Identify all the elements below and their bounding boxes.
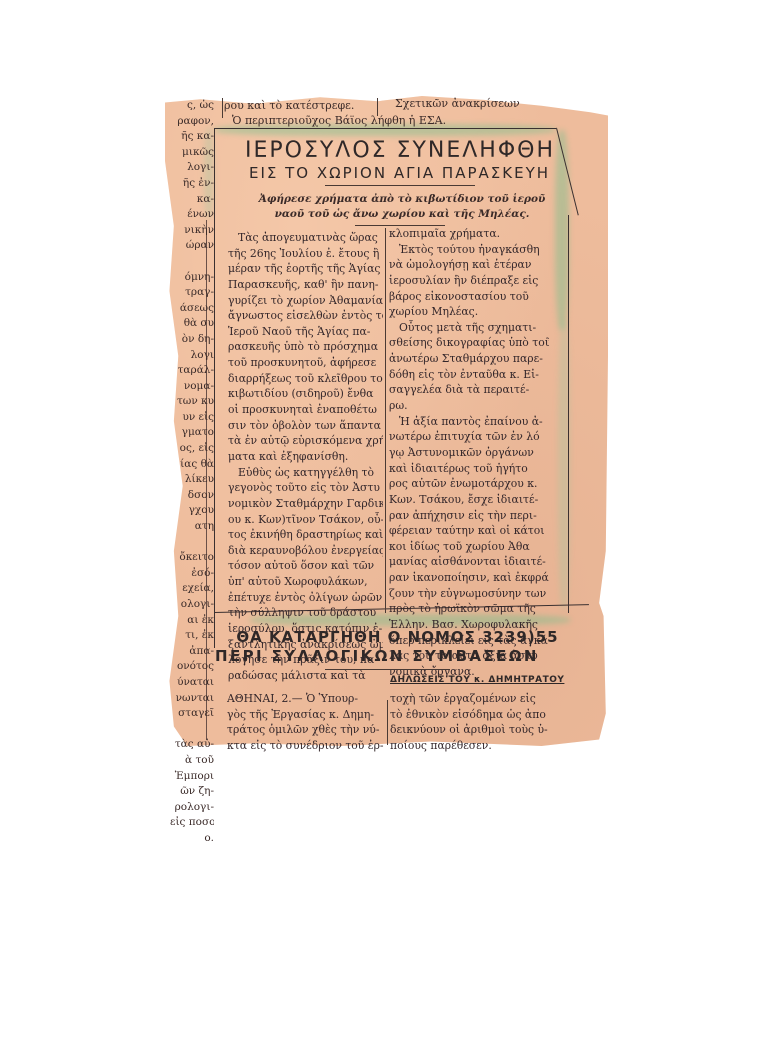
fragment-top-left-2: Ὁ περιπτεριοῦχος Βάϊος λήφθη ἡ ΕΣΑ. (232, 114, 446, 127)
text-line: τὰ ἐν αὐτῷ εὑρισκόμενα χρή (228, 433, 383, 449)
text-line: Ἐμπορι (170, 769, 214, 785)
text-line: φέρειαν ταύτην καὶ οἱ κάτοι (389, 523, 549, 539)
text-line: ἄγνωστος εἰσελθὼν ἐντὸς τοῦ (228, 308, 383, 324)
text-line: θὰ συ (170, 316, 214, 332)
text-line: μανίας αἰσθάνονται ἰδιαιτέ- (389, 554, 549, 570)
text-line: Ἱεροῦ Ναοῦ τῆς Ἁγίας πα- (228, 324, 383, 340)
text-line: ὑπ' αὐτοῦ Χωροφυλάκων, (228, 574, 383, 590)
text-line: ρω. (389, 398, 549, 414)
text-line: διαρρήξεως τοῦ κλεῖθρου τοῦ (228, 371, 383, 387)
text-line: υν εἰς (170, 410, 214, 426)
text-line: λογι- (170, 160, 214, 176)
text-line: τόσον αὐτοῦ ὅσον καὶ τῶν (228, 558, 383, 574)
text-line: γεγονὸς τοῦτο εἰς τὸν Ἀστυ (228, 480, 383, 496)
text-line: των κυ (170, 394, 214, 410)
text-line: εχεία, (170, 581, 214, 597)
text-line: ύναται (170, 675, 214, 691)
subheadline-line1: Ἀφήρεσε χρήματα ἀπὸ τὸ κιβωτίδιον τοῦ ἱε… (232, 192, 572, 207)
text-line: καὶ ἰδιαιτέρως τοῦ ἡγήτο (389, 461, 549, 477)
text-line: Εὐθὺς ὡς κατηγγέλθη τὸ (228, 465, 383, 481)
column-rule-left-top (222, 98, 223, 118)
text-line: γματο (170, 425, 214, 441)
text-line: δσον (170, 488, 214, 504)
text-line: γὸς τῆς Ἐργασίας κ. Δημη- (227, 707, 385, 723)
text-line: ραν ἱκανοποίησιν, καὶ ἐκφρά (389, 570, 549, 586)
text-line: διὰ κεραυνοβόλου ἐνεργείας, (228, 543, 383, 559)
pen-outline-top (214, 128, 556, 129)
text-line: ἐπέτυχε ἐντὸς ὀλίγων ὡρῶν (228, 590, 383, 606)
text-line: γυρίζει τὸ χωρίον Ἀθαμανία, (228, 293, 383, 309)
text-line (170, 254, 214, 270)
text-line: λογι (170, 348, 214, 364)
article2-column1: ΑΘΗΝΑΙ, 2.— Ὁ Ὑπουρ-γὸς τῆς Ἐργασίας κ. … (227, 691, 385, 753)
article1-headline-line2: ΕΙΣ ΤΟ ΧΩΡΙΟΝ ΑΓΙΑ ΠΑΡΑΣΚΕΥΗ (222, 164, 577, 182)
text-line: ατη (170, 519, 214, 535)
text-line: τῆς 26ης Ἰουλίου ἐ. ἔτους ἢ (228, 246, 383, 262)
text-line: κιβωτιδίου (σιδηροῦ) ἔνθα (228, 386, 383, 402)
text-line: τὸ ἐθνικὸν εἰσόδημα ὡς ἀπο (390, 707, 555, 723)
text-line: ζουν τὴν εὐγνωμοσύνην των (389, 586, 549, 602)
article1-subheadline: Ἀφήρεσε χρήματα ἀπὸ τὸ κιβωτίδιον τοῦ ἱε… (232, 192, 572, 222)
text-line: ίας θὰ (170, 457, 214, 473)
text-line: ρασκευῆς ὑπὸ τὸ πρόσχημα (228, 339, 383, 355)
text-line: χωρίου Μηλέας. (389, 304, 549, 320)
text-line: εἰς ποσο (170, 815, 214, 831)
text-line: ἀνωτέρω Σταθμάρχου παρε- (389, 351, 549, 367)
fragment-top-right: Σχετικῶν ἀνακρίσεων (395, 97, 520, 110)
article1-column2: κλοπιμαῖα χρήματα.Ἐκτὸς τούτου ἠναγκάσθη… (389, 226, 549, 680)
text-line: Ἡ ἀξία παντὸς ἐπαίνου ἀ- (389, 414, 549, 430)
left-margin-fragments: ς, ὡςραφον,ῆς κα-μικῶςλογι-ῆς ἐν-κα-ένων… (170, 98, 214, 847)
text-line: ραδώσας μάλιστα καὶ τὰ (228, 668, 383, 684)
pen-outline-left (214, 128, 215, 648)
text-line: οἱ προσκυνηταὶ ἐναποθέτω (228, 402, 383, 418)
text-line: ολογι- (170, 597, 214, 613)
text-line: νωτέρω ἐπιτυχία τῶν ἐν λό (389, 429, 549, 445)
text-line: τὴν σύλληψιν τοῦ δράστου (228, 605, 383, 621)
text-line: γῳ Ἀστυνομικῶν ὀργάνων (389, 445, 549, 461)
text-line: νομα- (170, 379, 214, 395)
text-line: ῆς ἐν- (170, 176, 214, 192)
text-line: νομικὸν Σταθμάρχην Γαρδικί (228, 496, 383, 512)
text-line: ο. (170, 831, 214, 847)
text-line: κα- (170, 192, 214, 208)
text-line: αι ἐκ (170, 613, 214, 629)
text-line: ς, ὡς (170, 98, 214, 114)
text-line: κτα εἰς τὸ συνέδριον τοῦ ἐρ- (227, 738, 385, 754)
text-line: ῶν ζη- (170, 784, 214, 800)
article1-column1: Τὰς ἀπογευματινὰς ὥραςτῆς 26ης Ἰουλίου ἐ… (228, 230, 383, 684)
text-line: Ἐκτὸς τούτου ἠναγκάσθη (389, 242, 549, 258)
text-line: τοῦ προσκυνητοῦ, ἀφήρεσε (228, 355, 383, 371)
text-line: ονότος (170, 659, 214, 675)
text-line: τος ἐκινήθη δραστηρίως καὶ (228, 527, 383, 543)
text-line: ματα καὶ ἐξηφανίσθη. (228, 449, 383, 465)
text-line: άσεως (170, 301, 214, 317)
text-line: όμνη- (170, 270, 214, 286)
text-line: ῆς κα- (170, 129, 214, 145)
text-line (170, 535, 214, 551)
text-line: νικὴν (170, 223, 214, 239)
article2-byline: ΔΗΛΩΣΕΙΣ ΤΟΥ κ. ΔΗΜΗΤΡΑΤΟΥ (390, 675, 564, 685)
article2-headline-line1: ΘΑ ΚΑΤΑΡΓΗΘΗ Ο ΝΟΜΟΣ 3239)55 (215, 628, 580, 646)
article2-headline: ΘΑ ΚΑΤΑΡΓΗΘΗ Ο ΝΟΜΟΣ 3239)55 ΠΕΡΙ ΣΥΛΛΟΓ… (215, 628, 580, 665)
text-line: ου κ. Κων)τῖνον Τσάκον, οὗ- (228, 512, 383, 528)
text-line: μέραν τῆς ἑορτῆς τῆς Ἁγίας (228, 261, 383, 277)
article2-rule (325, 669, 450, 670)
text-line: ώραν (170, 238, 214, 254)
text-line: μικῶς (170, 145, 214, 161)
text-line: Παρασκευῆς, καθ' ἣν πανη- (228, 277, 383, 293)
text-line: ἱεροσυλίαν ἣν διέπραξε εἰς (389, 273, 549, 289)
text-line: ρος αὐτῶν ἐνωμοτάρχου κ. (389, 476, 549, 492)
text-line: ἀπα- (170, 644, 214, 660)
text-line: Οὗτος μετὰ τῆς σχηματι- (389, 320, 549, 336)
subheadline-line2: ναοῦ τοῦ ὡς ἄνω χωρίου καὶ τῆς Μηλέας. (232, 207, 572, 222)
text-line: ος, εἰς (170, 441, 214, 457)
text-line: ὸν δη- (170, 332, 214, 348)
text-line: δόθη εἰς τὸν ἐνταῦθα κ. Εἰ- (389, 367, 549, 383)
text-line: ποίους παρέθεσεν. (390, 738, 555, 754)
text-line: ρολογι- (170, 800, 214, 816)
text-line: ένων (170, 207, 214, 223)
text-line: ἐσό- (170, 566, 214, 582)
article1-headline: ΙΕΡΟΣΥΛΟΣ ΣΥΝΕΛΗΦΘΗ (230, 138, 570, 163)
text-line: τοχὴ τῶν ἐργαζομένων εἰς (390, 691, 555, 707)
column-rule-article1 (385, 228, 386, 613)
headline-rule (325, 185, 475, 186)
fragment-top-left: ρου καὶ τὸ κατέστρεφε. (224, 99, 354, 112)
text-line: δεικνύουν οἱ ἀριθμοὶ τοὺς ὑ- (390, 722, 555, 738)
text-line: τι, ἐκ (170, 628, 214, 644)
article2-headline-line2: ΠΕΡΙ ΣΥΛΛΟΓΙΚΩΝ ΣΥΜΒΑΣΕΩΝ (215, 647, 580, 665)
text-line: λίκευ (170, 472, 214, 488)
text-line: πρὸς τὸ ἡρωϊκὸν σῶμα τῆς (389, 601, 549, 617)
text-line: σιν τὸν ὀβολὸν των ἅπαντα (228, 418, 383, 434)
text-line (170, 722, 214, 738)
pen-outline-right-lower (568, 215, 569, 613)
text-line: κοι ἰδίως τοῦ χωρίου Ἀθα (389, 539, 549, 555)
text-line: τὰς αὐ- (170, 737, 214, 753)
text-line: κλοπιμαῖα χρήματα. (389, 226, 549, 242)
text-line: βάρος εἰκονοστασίου τοῦ (389, 289, 549, 305)
text-line: τραγ- (170, 285, 214, 301)
column-rule-article2 (387, 700, 388, 745)
text-line: Τὰς ἀπογευματινὰς ὥρας (228, 230, 383, 246)
article2-column2: τοχὴ τῶν ἐργαζομένων εἰςτὸ ἐθνικὸν εἰσόδ… (390, 691, 555, 753)
text-line: νωνται (170, 691, 214, 707)
text-line: σθείσης δικογραφίας ὑπὸ τοῦ (389, 335, 549, 351)
text-line: ραφον, (170, 114, 214, 130)
text-line: ταράλ- (170, 363, 214, 379)
text-line: τράτος ὁμιλῶν χθὲς τὴν νύ- (227, 722, 385, 738)
text-line: νὰ ὡμολογήσῃ καὶ ἑτέραν (389, 257, 549, 273)
text-line: σταγεῖ (170, 706, 214, 722)
text-line: Κων. Τσάκου, ἔσχε ἰδιαιτέ- (389, 492, 549, 508)
text-line: ὄκειτο (170, 550, 214, 566)
text-line: ὰ τοῦ (170, 753, 214, 769)
text-line: ραν ἀπήχησιν εἰς τὴν περι- (389, 508, 549, 524)
text-line: ΑΘΗΝΑΙ, 2.— Ὁ Ὑπουρ- (227, 691, 385, 707)
text-line: σαγγελέα διὰ τὰ περαιτέ- (389, 382, 549, 398)
text-line: γχου (170, 503, 214, 519)
